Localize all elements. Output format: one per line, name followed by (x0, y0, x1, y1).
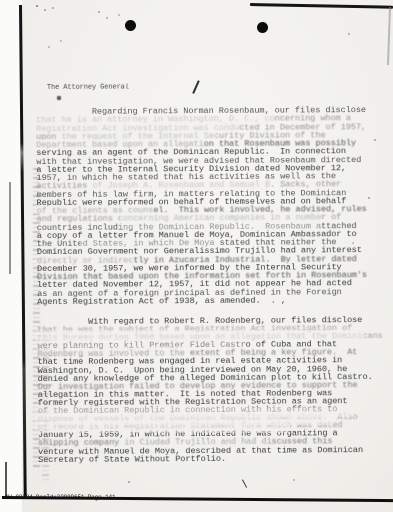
fade-smudge (120, 212, 320, 229)
fade-smudge (120, 439, 270, 448)
scanned-document-page: The Attorney General Regarding Francis N… (0, 0, 393, 512)
fade-smudge (90, 181, 270, 190)
salutation: The Attorney General (47, 83, 129, 92)
text-line: Agents Registration Act of 1938, as amen… (37, 296, 367, 306)
text-line: Secretary of State Without Portfolio. (38, 454, 383, 464)
fade-smudge (34, 346, 184, 355)
fade-smudge (80, 238, 220, 247)
fade-smudge (34, 423, 289, 433)
fade-smudge (34, 255, 134, 264)
fade-smudge (34, 139, 204, 149)
